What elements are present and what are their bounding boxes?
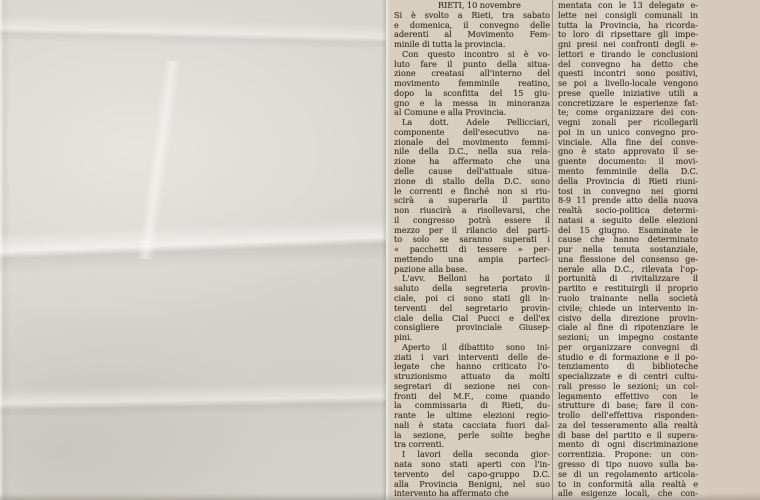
article-line: se poi a livello-locale vengono [558,79,698,89]
article-line: del 15 giugno. Esaminate le [558,226,698,236]
article-line: terventi del segretario provin- [394,304,550,314]
article-line: questi incontri sono positivi, [558,69,698,79]
article-column-1: RIETI, 10 novembreSi è svolto a Rieti, t… [394,1,550,499]
article-line: tra correnti. [394,440,550,450]
article-line: zione creatasi all'interno del [394,69,550,79]
paper-crease [136,60,182,261]
article-line: to solo se saranno superati i [394,235,550,245]
article-line: le correnti e finché non si riu- [394,187,550,197]
article-line: natasi a seguito delle elezioni [558,216,698,226]
article-line: pazione alla base. [394,265,550,275]
article-line: se di un regolamento articola- [558,470,698,480]
article-line: gresso di tipo nuovo sulla ba- [558,460,698,470]
article-line: movimento femminile reatino, [394,79,550,89]
article-line: cisivo della direzione provin- [558,314,698,324]
article-line: la sezione, perle solite beghe [394,431,550,441]
article-line: studio e di formazione e il po- [558,353,698,363]
article-line: te; come organizzare dei con- [558,108,698,118]
article-line: pini. [394,333,550,343]
article-line: mento di ogni discriminazione [558,440,698,450]
article-line: e domenica, il convegno delle [394,21,550,31]
article-line: RIETI, 10 novembre [394,1,550,11]
article-line: ziati i vari interventi delle de- [394,353,550,363]
article-line: lettori e tirando le conclusioni [558,50,698,60]
article-line: gni presi nei confronti degli e- [558,40,698,50]
article-line: per organizzare convegni di [558,343,698,353]
article-line: mentata con le 13 delegate e- [558,1,698,11]
article-line: mettendo una ampia parteci- [394,255,550,265]
article-line: legamento effettivo con le [558,392,698,402]
article-line: I lavori della seconda gior- [394,450,550,460]
article-line: al Comune e alla Provincia. [394,108,550,118]
article-line: ciale al fine di ripotenziare le [558,323,698,333]
paper-crease [0,217,411,275]
article-line: strutture di base; fare il con- [558,401,698,411]
article-line: alle esigenze locali, che con- [558,489,698,499]
article-line: za del tesseramento alla realtà [558,421,698,431]
article-line: to loro di ripsettare gli impe- [558,30,698,40]
article-line: ciale della Cial Pucci e dell'ex [394,314,550,324]
article-line: delle cause dell'attuale situa- [394,167,550,177]
newspaper-clipping: RIETI, 10 novembreSi è svolto a Rieti, t… [386,0,760,500]
paper-crease [0,382,400,419]
column-divider-rule [552,0,553,500]
article-line: ruolo trainante nella società [558,294,698,304]
article-line: Aperto il dibattito sono ini- [394,343,550,353]
article-line: la commissaria di Rieti, du- [394,401,550,411]
article-line: mezzo per il rilancio del parti- [394,226,550,236]
article-line: to in conformità alla realtà e [558,480,698,490]
article-line: struzionismo attuato da molti [394,372,550,382]
article-line: di base del partito e il supera- [558,431,698,441]
article-line: il congresso potrà essere il [394,216,550,226]
article-line: rali presso le sezioni; un col- [558,382,698,392]
article-line: guente documento: il movi- [558,157,698,167]
article-line: gno è stato approvato il se- [558,147,698,157]
article-line: specializzate e di centri cultu- [558,372,698,382]
article-line: pur nella tenuta sostanziale, [558,245,698,255]
article-line: sezioni; un impegno costante [558,333,698,343]
article-line: saluto della segreteria provin- [394,284,550,294]
article-line: componente dell'esecutivo na- [394,128,550,138]
article-line: rante le ultime elezioni regio- [394,411,550,421]
article-line: zione ha affermato che una [394,157,550,167]
article-line: non riuscirà a risollevarsi, che [394,206,550,216]
article-line: legate che hanno criticato l'o- [394,362,550,372]
article-line: minile di tutta la provincia. [394,40,550,50]
article-line: 8-9 11 prende atto della nuova [558,196,698,206]
article-line: « pacchetti di tessere » per- [394,245,550,255]
article-line: L'avv. Belloni ha portato il [394,274,550,284]
article-line: gno e la messa in minoranza [394,99,550,109]
article-line: alla Provincia Benigni, nel suo [394,480,550,490]
article-line: dopo la sconfitta del 15 giu- [394,89,550,99]
article-line: prese quelle iniziative utili a [558,89,698,99]
article-line: Con questo incontro si è vo- [394,50,550,60]
article-column-2: mentata con le 13 delegate e-lette nei c… [558,1,698,499]
article-line: Si è svolto a Rieti, tra sabato [394,11,550,21]
article-line: nile della D.C., nella sua rela- [394,147,550,157]
article-line: tenziamento di biblioteche [558,362,698,372]
article-line: realtà socio-politica determi- [558,206,698,216]
article-line: mento femminile della D.C. [558,167,698,177]
article-line: zionale del movimento femmi- [394,138,550,148]
article-line: concretizzare le esperienze fat- [558,99,698,109]
article-line: tervento del capo-gruppo D.C. [394,470,550,480]
article-line: partito e restituirgli il proprio [558,284,698,294]
article-line: fronti del M.F., come quando [394,392,550,402]
article-line: della Provincia di Rieti riuni- [558,177,698,187]
article-line: vegni zonali per ricollegarli [558,118,698,128]
article-line: correntizia. Propone: un con- [558,450,698,460]
article-line: nali è stata cacciata fuori dal- [394,421,550,431]
paper-crease [0,15,410,51]
article-line: civile; chiede un intervento in- [558,304,698,314]
article-line: nerale alla D.C., rilevata l'op- [558,265,698,275]
article-line: luto fare il punto della situa- [394,60,550,70]
article-line: scirà a superarla il partito [394,196,550,206]
scanned-page-background: RIETI, 10 novembreSi è svolto a Rieti, t… [0,0,760,500]
article-line: cause che hanno determinato [558,235,698,245]
article-line: nata sono stati aperti con l'in- [394,460,550,470]
article-line: segretari di sezione nei con- [394,382,550,392]
article-line: zione di stallo della D.C. sono [394,177,550,187]
article-line: tutta la Provincia, ha ricorda- [558,21,698,31]
article-line: tosi in convegno nei giorni [558,187,698,197]
article-line: una flessione del consenso ge- [558,255,698,265]
article-line: portunità di rivitalizzare il [558,274,698,284]
article-line: consigliere provinciale Giusep- [394,323,550,333]
article-line: del convegno ha detto che [558,60,698,70]
article-line: vinciale. Alla fine del conve- [558,138,698,148]
clipping-blank-margin [700,0,760,500]
article-line: intervento ha affermato che [394,489,550,499]
article-line: aderenti al Movimento Fem- [394,30,550,40]
article-line: trollo dell'effettiva risponden- [558,411,698,421]
article-line: lette nei consigli comunali in [558,11,698,21]
article-line: poi in un unico convegno pro- [558,128,698,138]
article-line: ciale, poi ci sono stati gli in- [394,294,550,304]
article-line: La dott. Adele Pellicciari, [394,118,550,128]
